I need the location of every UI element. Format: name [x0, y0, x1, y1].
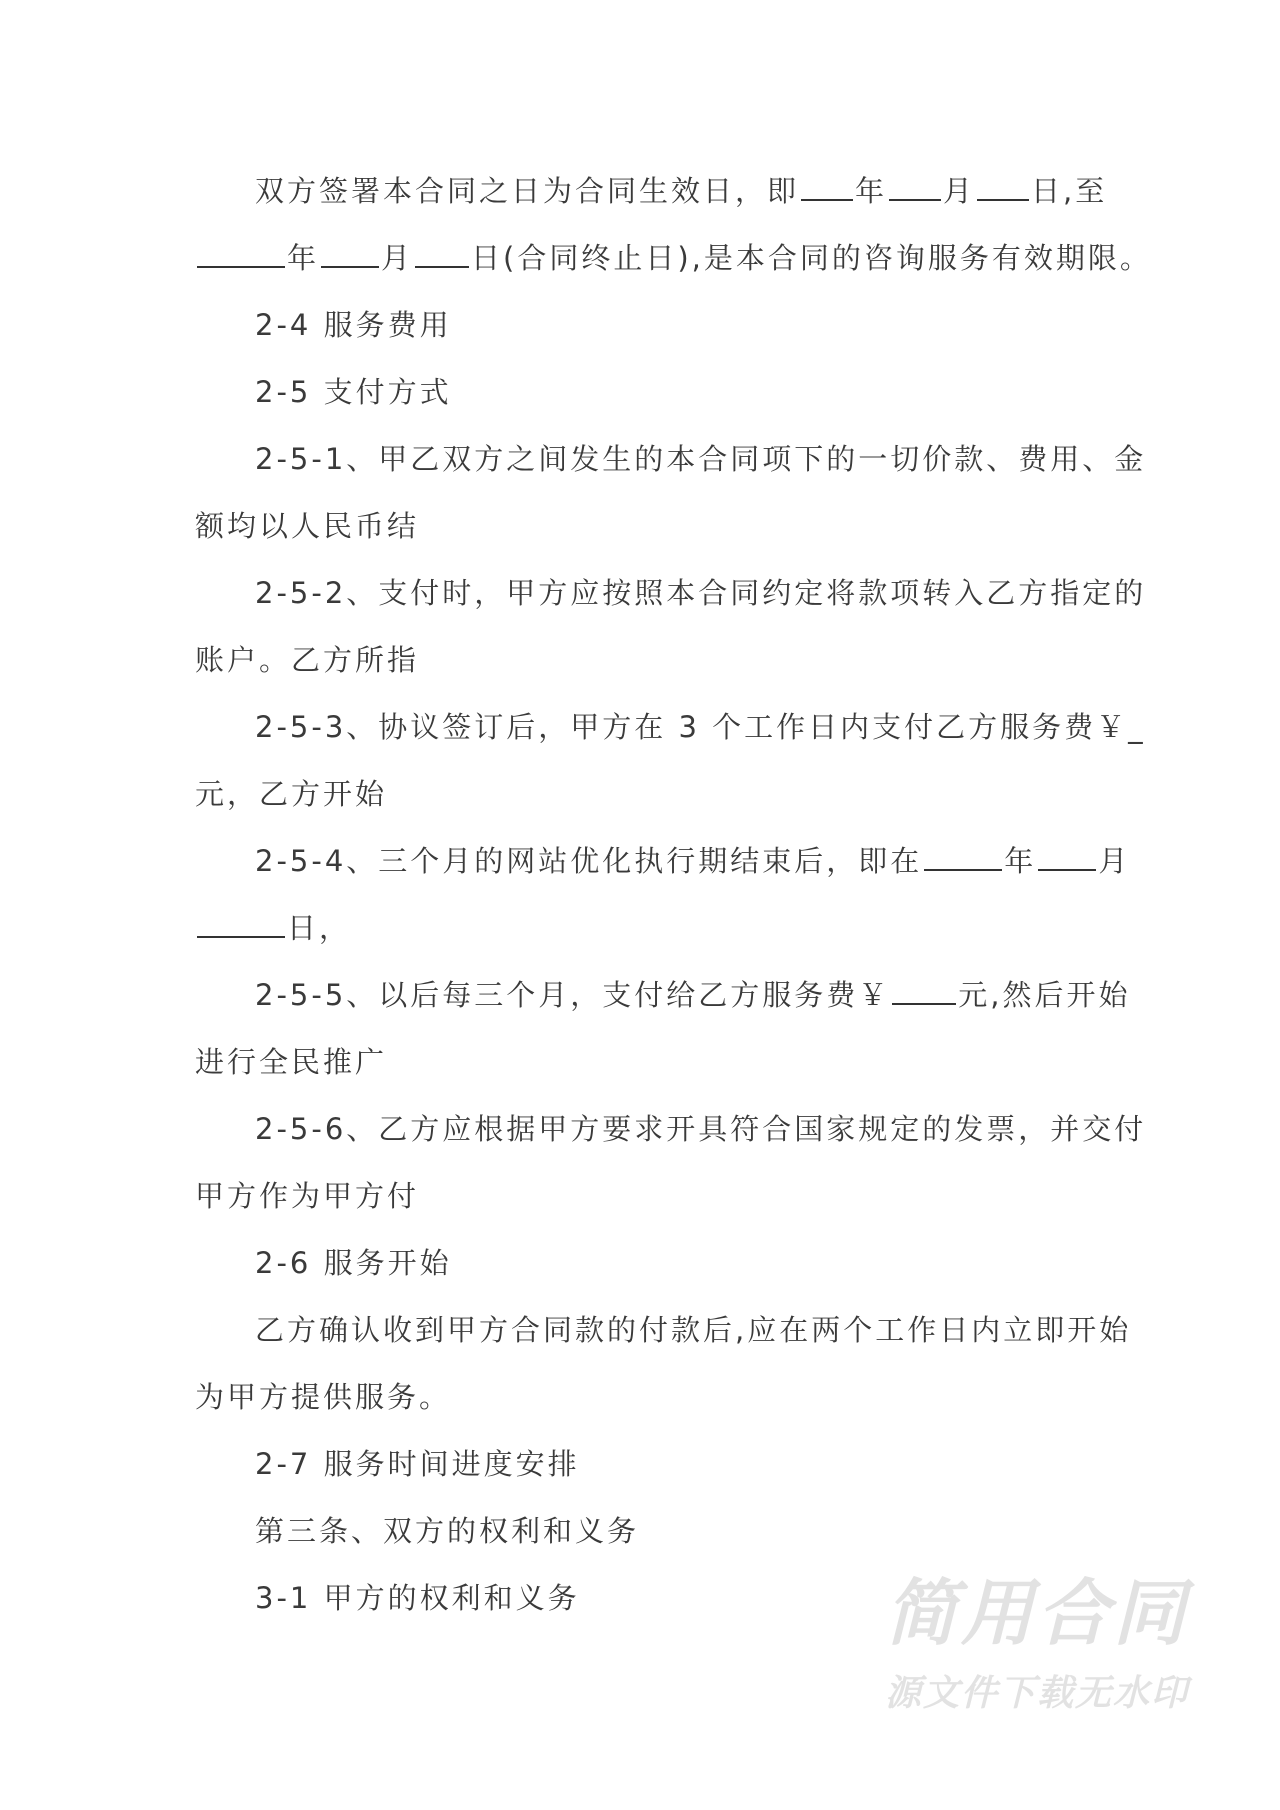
- text: 日(合同终止日),是本合同的咨询服务有效期限。: [471, 241, 1152, 275]
- blank-year[interactable]: [197, 238, 285, 268]
- clause-2-5-6-cont: 甲方作为甲方付: [195, 1176, 1095, 1216]
- text: 月: [943, 174, 975, 208]
- text: 2-5-4、三个月的网站优化执行期结束后，即在: [255, 844, 922, 878]
- clause-2-5-6: 2-5-6、乙方应根据甲方要求开具符合国家规定的发票，并交付: [255, 1109, 1155, 1149]
- clause-2-5-3-cont: 元，乙方开始: [195, 774, 1095, 814]
- clause-2-5-5: 2-5-5、以后每三个月，支付给乙方服务费￥元,然后开始: [255, 975, 1155, 1015]
- blank-month[interactable]: [1038, 841, 1096, 871]
- text: 元,然后开始: [958, 978, 1130, 1012]
- blank-amount[interactable]: [892, 975, 956, 1005]
- watermark-subtitle: 源文件下载无水印: [885, 1665, 1189, 1716]
- text: 月: [1098, 844, 1130, 878]
- clause-2-5-3: 2-5-3、协议签订后，甲方在 3 个工作日内支付乙方服务费￥_: [255, 707, 1155, 747]
- clause-2-5-2: 2-5-2、支付时，甲方应按照本合同约定将款项转入乙方指定的: [255, 573, 1155, 613]
- clause-2-5-4-cont: 日，: [195, 908, 1095, 948]
- text: 2-5-5、以后每三个月，支付给乙方服务费￥: [255, 978, 890, 1012]
- blank-day[interactable]: [415, 238, 469, 268]
- clause-2-5-4: 2-5-4、三个月的网站优化执行期结束后，即在年月: [255, 841, 1155, 881]
- text: 日，: [287, 911, 351, 945]
- blank-day[interactable]: [197, 908, 285, 938]
- blank-month[interactable]: [889, 171, 941, 201]
- heading-2-6: 2-6 服务开始: [255, 1243, 1155, 1283]
- paragraph-effective-date: 双方签署本合同之日为合同生效日，即年月日,至: [255, 171, 1155, 211]
- heading-2-4: 2-4 服务费用: [255, 305, 1155, 345]
- heading-2-7: 2-7 服务时间进度安排: [255, 1444, 1155, 1484]
- clause-2-5-1: 2-5-1、甲乙双方之间发生的本合同项下的一切价款、费用、金: [255, 439, 1155, 479]
- text: 双方签署本合同之日为合同生效日，即: [255, 174, 799, 208]
- text: 年: [1004, 844, 1036, 878]
- watermark-title: 简用合同: [885, 1555, 1189, 1659]
- text: 日,至: [1031, 174, 1107, 208]
- clause-2-5-5-cont: 进行全民推广: [195, 1042, 1095, 1082]
- paragraph-service-start-cont: 为甲方提供服务。: [195, 1377, 1095, 1417]
- clause-2-5-1-cont: 额均以人民币结: [195, 506, 1095, 546]
- document-page: 双方签署本合同之日为合同生效日，即年月日,至 年月日(合同终止日),是本合同的咨…: [0, 0, 1280, 1810]
- heading-2-5: 2-5 支付方式: [255, 372, 1155, 412]
- blank-month[interactable]: [321, 238, 379, 268]
- text: 月: [381, 241, 413, 275]
- paragraph-service-start: 乙方确认收到甲方合同款的付款后,应在两个工作日内立即开始: [255, 1310, 1155, 1350]
- text: 年: [855, 174, 887, 208]
- blank-day[interactable]: [977, 171, 1029, 201]
- text: 年: [287, 241, 319, 275]
- clause-2-5-2-cont: 账户。乙方所指: [195, 640, 1095, 680]
- blank-year[interactable]: [801, 171, 853, 201]
- blank-year[interactable]: [924, 841, 1002, 871]
- paragraph-termination-date: 年月日(合同终止日),是本合同的咨询服务有效期限。: [195, 238, 1095, 278]
- heading-article-3: 第三条、双方的权利和义务: [255, 1511, 1155, 1551]
